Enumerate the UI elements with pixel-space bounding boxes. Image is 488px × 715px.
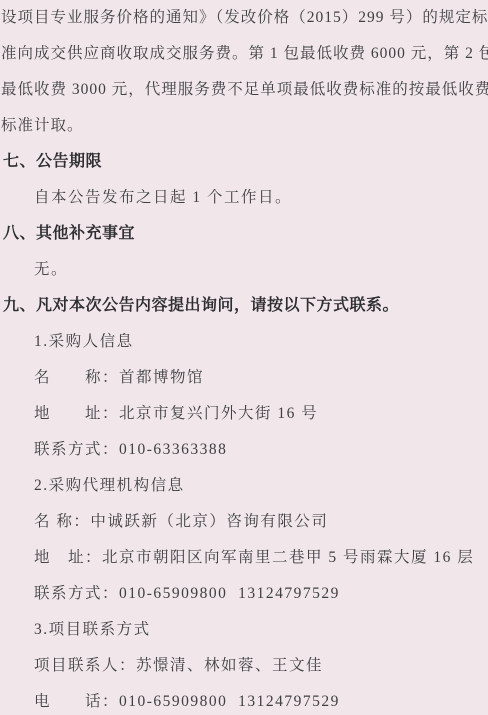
- announcement-document: 设项目专业服务价格的通知》（发改价格（2015）299 号）的规定标 准向成交供…: [0, 0, 488, 715]
- project-contact-persons: 项目联系人：苏憬清、林如蓉、王文佳: [0, 648, 488, 684]
- agency-info-subheading: 2.采购代理机构信息: [0, 468, 488, 504]
- section-heading-contact-methods: 九、凡对本次公告内容提出询问，请按以下方式联系。: [0, 288, 488, 324]
- purchaser-name: 名 称：首都博物馆: [0, 360, 488, 396]
- announcement-period-text: 自本公告发布之日起 1 个工作日。: [0, 180, 488, 216]
- intro-paragraph-line-1: 设项目专业服务价格的通知》（发改价格（2015）299 号）的规定标: [0, 0, 488, 36]
- agency-name: 名 称：中诚跃新（北京）咨询有限公司: [0, 504, 488, 540]
- project-contact-subheading: 3.项目联系方式: [0, 612, 488, 648]
- intro-paragraph-line-4: 标准计取。: [0, 108, 488, 144]
- agency-address: 地 址：北京市朝阳区向军南里二巷甲 5 号雨霖大厦 16 层: [0, 540, 488, 576]
- purchaser-address: 地 址：北京市复兴门外大街 16 号: [0, 396, 488, 432]
- intro-paragraph-line-2: 准向成交供应商收取成交服务费。第 1 包最低收费 6000 元，第 2 包: [0, 36, 488, 72]
- purchaser-contact-phone: 联系方式：010-63363388: [0, 432, 488, 468]
- project-contact-phone: 电 话：010-65909800 13124797529: [0, 684, 488, 715]
- intro-paragraph-line-3: 最低收费 3000 元，代理服务费不足单项最低收费标准的按最低收费: [0, 72, 488, 108]
- section-heading-other-supplementary: 八、其他补充事宜: [0, 216, 488, 252]
- purchaser-info-subheading: 1.采购人信息: [0, 324, 488, 360]
- section-heading-announcement-period: 七、公告期限: [0, 144, 488, 180]
- other-supplementary-text: 无。: [0, 252, 488, 288]
- agency-contact-phone: 联系方式：010-65909800 13124797529: [0, 576, 488, 612]
- announcement-page: 设项目专业服务价格的通知》（发改价格（2015）299 号）的规定标 准向成交供…: [0, 0, 488, 715]
